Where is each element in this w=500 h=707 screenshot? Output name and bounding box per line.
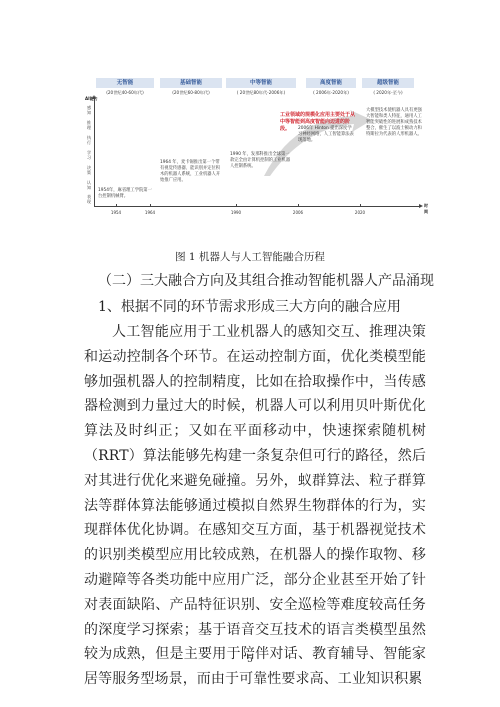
- era-period: ( 2020年-至今): [362, 90, 414, 96]
- x-tick-label: 1990: [231, 210, 241, 215]
- x-tick: [236, 204, 237, 207]
- era-high-intelligence: 高度智能: [306, 78, 356, 88]
- y-label: 执行: [86, 136, 92, 145]
- highlight-note: 工业领域的规模化应用主要处于从中等智能到高度智能向迈进的阶段。: [280, 112, 356, 133]
- figure-caption: 图 1 机器人与人工智能融合历程: [0, 249, 500, 264]
- section-title: （二）三大融合方向及其组合推动智能机器人产品涌现: [98, 270, 434, 290]
- y-label: 决策: [86, 166, 92, 175]
- era-basic-intelligence: 基础智能: [160, 78, 222, 88]
- y-label: 认知: [86, 181, 92, 190]
- event-1964: 1964 年，麦卡锡推出第一个带有视觉传感器、能识别并定位积木的机器人系统，工业…: [160, 160, 222, 184]
- y-label: 学习: [86, 151, 92, 160]
- x-tick-label: 1964: [145, 210, 155, 215]
- event-1990: 1990 年，发那科推出全球第一款完全由计算机控制的工业机器人控制系统。: [230, 152, 292, 170]
- x-axis-title: 时间: [424, 203, 430, 215]
- era-medium-intelligence: 中等智能: [226, 78, 296, 88]
- era-no-intelligence: 无智能: [96, 78, 154, 88]
- event-1954: 1954年，麻省理工学院第一台控制机械臂。: [98, 188, 156, 200]
- y-label: 推理: [86, 121, 92, 130]
- era-period: (20世纪60-80年代): [160, 90, 222, 96]
- y-label: 感知: [86, 106, 92, 115]
- x-tick: [360, 204, 361, 207]
- x-tick: [298, 204, 299, 207]
- era-period: ( 2006年-2020年): [306, 90, 356, 96]
- sub-title: 1、根据不同的环节需求形成三大方向的融合应用: [98, 296, 401, 316]
- timeline-figure: 无智能 (20世纪40-60年代) 基础智能 (20世纪60-80年代) 中等智…: [84, 78, 430, 238]
- era-period: (20世纪40-60年代): [96, 90, 154, 96]
- x-tick: [150, 204, 151, 207]
- x-tick: [116, 204, 117, 207]
- x-axis: [94, 206, 420, 207]
- body-paragraph: 人工智能应用于工业机器人的感知交互、推理决策和运动控制各个环节。在运动控制方面，…: [84, 320, 426, 692]
- x-axis-arrow-icon: [419, 204, 423, 208]
- y-label: 表现: [86, 195, 92, 204]
- page-number: 5: [0, 655, 500, 665]
- era-period: ( 20世纪80年代-2006年): [226, 90, 296, 96]
- era-super-intelligence: 超级智能: [362, 78, 414, 88]
- x-tick-label: 1954: [111, 210, 121, 215]
- x-tick-label: 2006: [293, 210, 303, 215]
- y-axis: [94, 98, 95, 206]
- event-2020: 大模型技术使机器人具有更强大智能和类人特征，通用人工智能突破性的进展和成熟技术整…: [366, 108, 426, 138]
- x-tick-label: 2020: [355, 210, 365, 215]
